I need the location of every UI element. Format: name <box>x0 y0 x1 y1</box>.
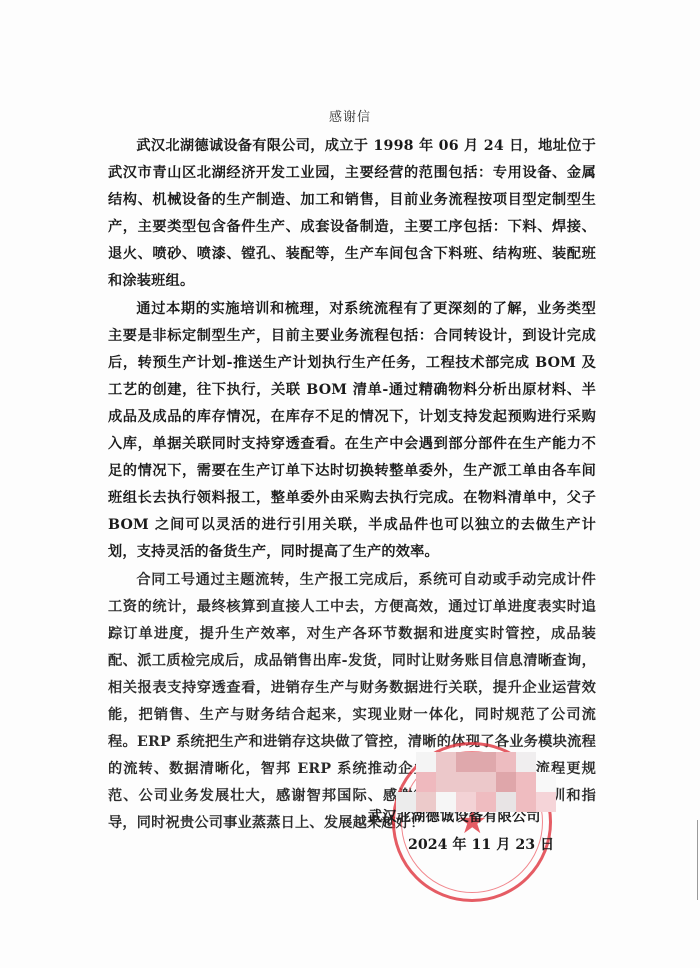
mosaic-block <box>476 772 496 792</box>
mosaic-block <box>536 792 556 812</box>
mosaic-block <box>416 772 436 792</box>
mosaic-block <box>456 752 476 772</box>
mosaic-block <box>516 772 536 792</box>
mosaic-block <box>416 792 436 812</box>
signature-block: 武汉北湖德诚设备有限公司 2024 年 11 月 23 日 <box>368 806 608 856</box>
letter-title: 感谢信 <box>0 106 700 125</box>
mosaic-block <box>476 752 496 772</box>
paragraph-company-intro: 武汉北湖德诚设备有限公司，成立于 1998 年 06 月 24 日，地址位于武汉… <box>108 133 596 296</box>
mosaic-block <box>456 772 476 792</box>
mosaic-block <box>516 752 536 772</box>
mosaic-block <box>476 792 496 812</box>
mosaic-block <box>436 792 456 812</box>
mosaic-block <box>396 792 416 812</box>
scan-edge-line <box>697 820 698 900</box>
mosaic-block <box>496 792 516 812</box>
mosaic-block <box>416 752 436 772</box>
mosaic-block <box>496 752 516 772</box>
mosaic-block <box>436 752 456 772</box>
mosaic-block <box>456 792 476 812</box>
mosaic-block <box>496 772 516 792</box>
mosaic-block <box>536 772 556 792</box>
mosaic-block <box>436 772 456 792</box>
paragraph-implementation: 通过本期的实施培训和梳理，对系统流程有了更深刻的了解，业务类型主要是非标定制型生… <box>108 296 596 567</box>
letter-page: 感谢信 武汉北湖德诚设备有限公司，成立于 1998 年 06 月 24 日，地址… <box>0 0 700 968</box>
signature-date: 2024 年 11 月 23 日 <box>408 834 608 856</box>
letter-body: 武汉北湖德诚设备有限公司，成立于 1998 年 06 月 24 日，地址位于武汉… <box>108 133 596 837</box>
mosaic-block <box>516 792 536 812</box>
